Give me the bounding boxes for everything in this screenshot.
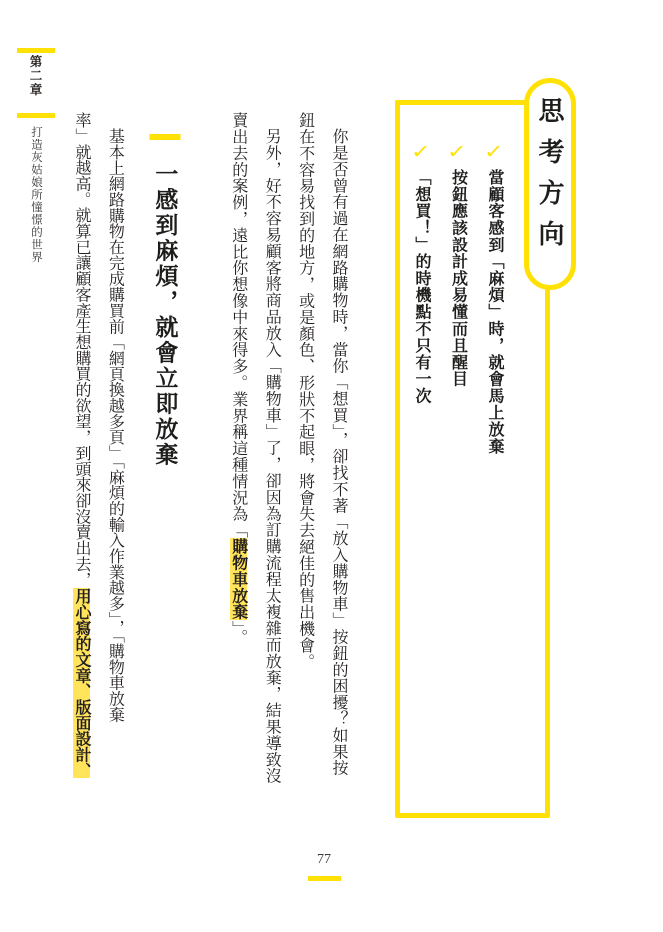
body-column: 鈕在不容易找到的地方，或是顏色、形狀不起眼，將會失去絕佳的售出機會。 xyxy=(288,112,321,792)
body-text: 」。 xyxy=(230,620,247,645)
check-icon: ✓ xyxy=(411,143,432,162)
body-text: 基本上網路購物在完成購買前「網頁換越多頁」「麻煩的輸入作業越多」，「購物車放棄 xyxy=(106,128,123,722)
body-text: 另外，好不容易顧客將商品放入「購物車」了，卻因為訂購流程太複雜而放棄，結果導致沒 xyxy=(263,128,280,784)
body-column: 賣出去的案例，遠比你想像中來得多。業界稱這種情況為「購物車放棄」。 xyxy=(221,112,254,792)
checklist-item: ✓「想買！」的時機點不只有一次 xyxy=(403,143,440,793)
highlight-text: 購物車放棄 xyxy=(230,538,247,620)
chapter-title: 打造灰姑娘所憧憬的世界 xyxy=(27,126,44,264)
body-text: 率」就越高。就算已讓顧客產生想購買的欲望，到頭來卻沒賣出去， xyxy=(73,112,90,588)
chapter-accent-bar-bottom xyxy=(17,113,55,118)
heading-accent-bar xyxy=(150,134,181,140)
body-text: 賣出去的案例，遠比你想像中來得多。業界稱這種情況為「 xyxy=(230,112,247,538)
body-column: 另外，好不容易顧客將商品放入「購物車」了，卻因為訂購流程太複雜而放棄，結果導致沒 xyxy=(255,112,288,792)
article-body: 你是否曾有過在網路購物時，當你「想買」，卻找不著「放入購物車」按鈕的困擾？如果按… xyxy=(63,112,355,792)
think-box-title: 思考方向 xyxy=(529,83,571,285)
section-heading: 一感到麻煩，就會立即放棄 xyxy=(145,112,185,792)
checklist-item: ✓當顧客感到「麻煩」時，就會馬上放棄 xyxy=(476,143,513,793)
chapter-accent-bar-top xyxy=(17,48,55,53)
think-box-title-pill: 思考方向 xyxy=(524,78,576,290)
page-number-accent-bar xyxy=(308,876,341,881)
body-text: 你是否曾有過在網路購物時，當你「想買」，卻找不著「放入購物車」按鈕的困擾？如果按 xyxy=(330,128,347,776)
highlight-text: 用心寫的文章、版面設計、 xyxy=(73,588,90,778)
body-text: 鈕在不容易找到的地方，或是顏色、形狀不起眼，將會失去絕佳的售出機會。 xyxy=(297,112,314,670)
body-column: 率」就越高。就算已讓顧客產生想購買的欲望，到頭來卻沒賣出去，用心寫的文章、版面設… xyxy=(65,112,98,792)
checklist-item: ✓按鈕應該設計成易懂而且醒目 xyxy=(439,143,476,793)
check-icon: ✓ xyxy=(484,143,505,162)
checklist-item-text: 「想買！」的時機點不只有一次 xyxy=(413,169,430,404)
section-heading-text: 一感到麻煩，就會立即放棄 xyxy=(152,162,178,468)
checklist-item-text: 按鈕應該設計成易懂而且醒目 xyxy=(450,169,467,387)
body-column: 基本上網路購物在完成購買前「網頁換越多頁」「麻煩的輸入作業越多」，「購物車放棄 xyxy=(98,112,131,792)
check-icon: ✓ xyxy=(447,143,468,162)
checklist-item-text: 當顧客感到「麻煩」時，就會馬上放棄 xyxy=(486,169,503,455)
body-column: 你是否曾有過在網路購物時，當你「想買」，卻找不著「放入購物車」按鈕的困擾？如果按 xyxy=(322,112,355,792)
think-box-checklist: ✓當顧客感到「麻煩」時，就會馬上放棄 ✓按鈕應該設計成易懂而且醒目 ✓「想買！」… xyxy=(403,143,513,793)
chapter-label: 第二章 xyxy=(26,55,44,97)
page-number: 77 xyxy=(300,852,348,868)
